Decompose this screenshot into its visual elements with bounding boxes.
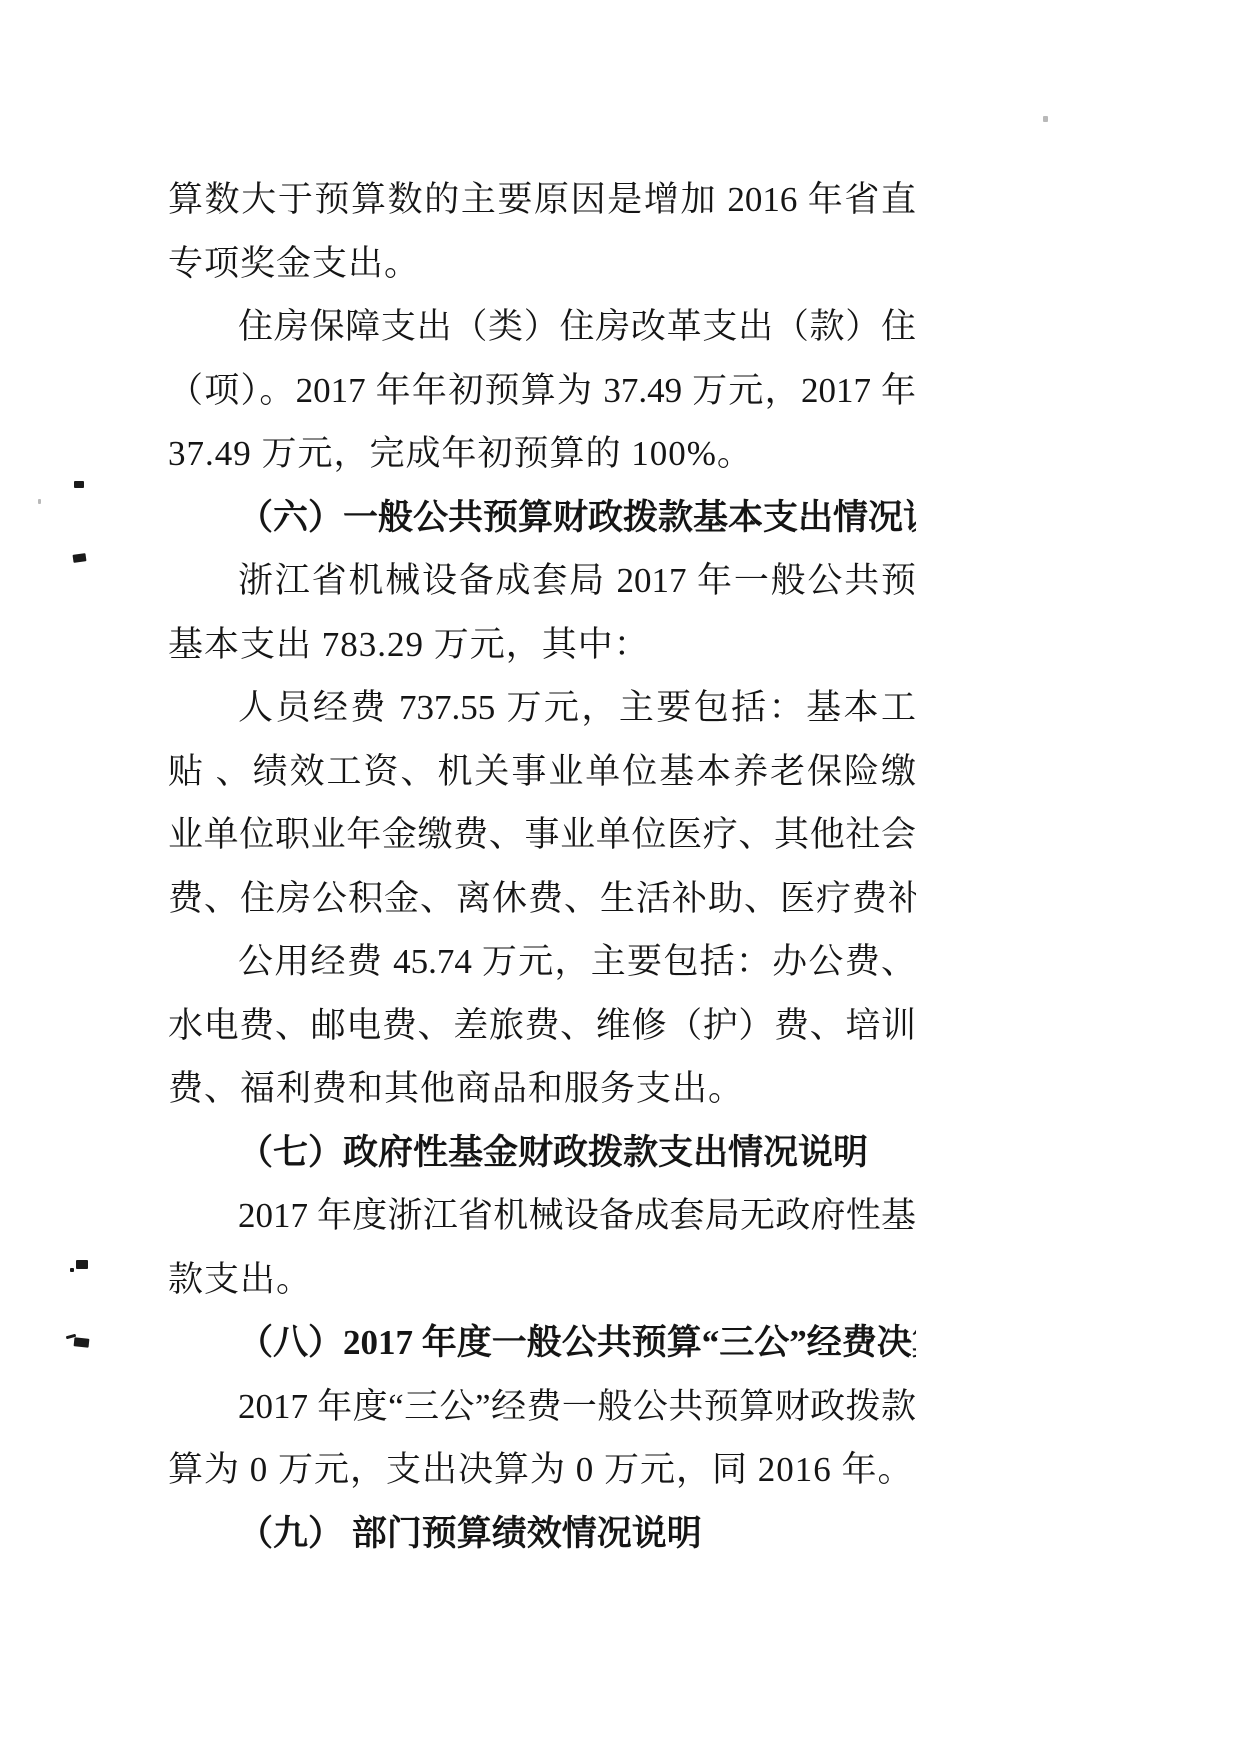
ink-speck [74,1337,90,1348]
text-line: 算为 0 万元，支出决算为 0 万元，同 2016 年。 [168,1438,916,1502]
document-page: 算数大于预算数的主要原因是增加 2016 年省直机关一次性专项奖金支出。住房保障… [0,0,1240,1753]
ink-speck [74,481,84,488]
ink-speck [73,553,87,563]
text-line: 费、住房公积金、离休费、生活补助、医疗费补助。 [168,867,916,931]
section-heading-line: （八）2017 年度一般公共预算“三公”经费决算情况 [168,1311,916,1375]
text-line: 浙江省机械设备成套局 2017 年一般公共预算财政拨款 [168,549,916,613]
ink-speck [1043,116,1048,122]
text-line: 人员经费 737.55 万元，主要包括：基本工资、津贴补 [168,676,916,740]
text-line: 水电费、邮电费、差旅费、维修（护）费、培训费、工会 [168,994,916,1058]
text-line: 住房保障支出（类）住房改革支出（款）住房公积金 [168,295,916,359]
text-line: 业单位职业年金缴费、事业单位医疗、其他社会保障缴 [168,803,916,867]
text-line: 公用经费 45.74 万元，主要包括：办公费、手续费、 [168,930,916,994]
text-line: 算数大于预算数的主要原因是增加 2016 年省直机关一次性 [168,168,916,232]
ink-speck [38,499,41,504]
text-block: 算数大于预算数的主要原因是增加 2016 年省直机关一次性专项奖金支出。住房保障… [168,168,916,1565]
section-heading-line: （六）一般公共预算财政拨款基本支出情况说明 [168,486,916,550]
text-line: 37.49 万元，完成年初预算的 100%。 [168,422,916,486]
text-line: 贴 、绩效工资、机关事业单位基本养老保险缴费、机关事 [168,740,916,804]
text-line: 2017 年度浙江省机械设备成套局无政府性基金财政拨 [168,1184,916,1248]
text-line: 费、福利费和其他商品和服务支出。 [168,1057,916,1121]
text-line: 款支出。 [168,1248,916,1312]
ink-speck [76,1260,88,1269]
text-line: 2017 年度“三公”经费一般公共预算财政拨款支出预 [168,1375,916,1439]
ink-speck [70,1268,74,1272]
text-line: 基本支出 783.29 万元，其中： [168,613,916,677]
text-line: 专项奖金支出。 [168,232,916,296]
section-heading-line: （七）政府性基金财政拨款支出情况说明 [168,1121,916,1185]
section-heading-line: （九） 部门预算绩效情况说明 [168,1502,916,1566]
text-line: （项）。2017 年年初预算为 37.49 万元，2017 年决算为 [168,359,916,423]
